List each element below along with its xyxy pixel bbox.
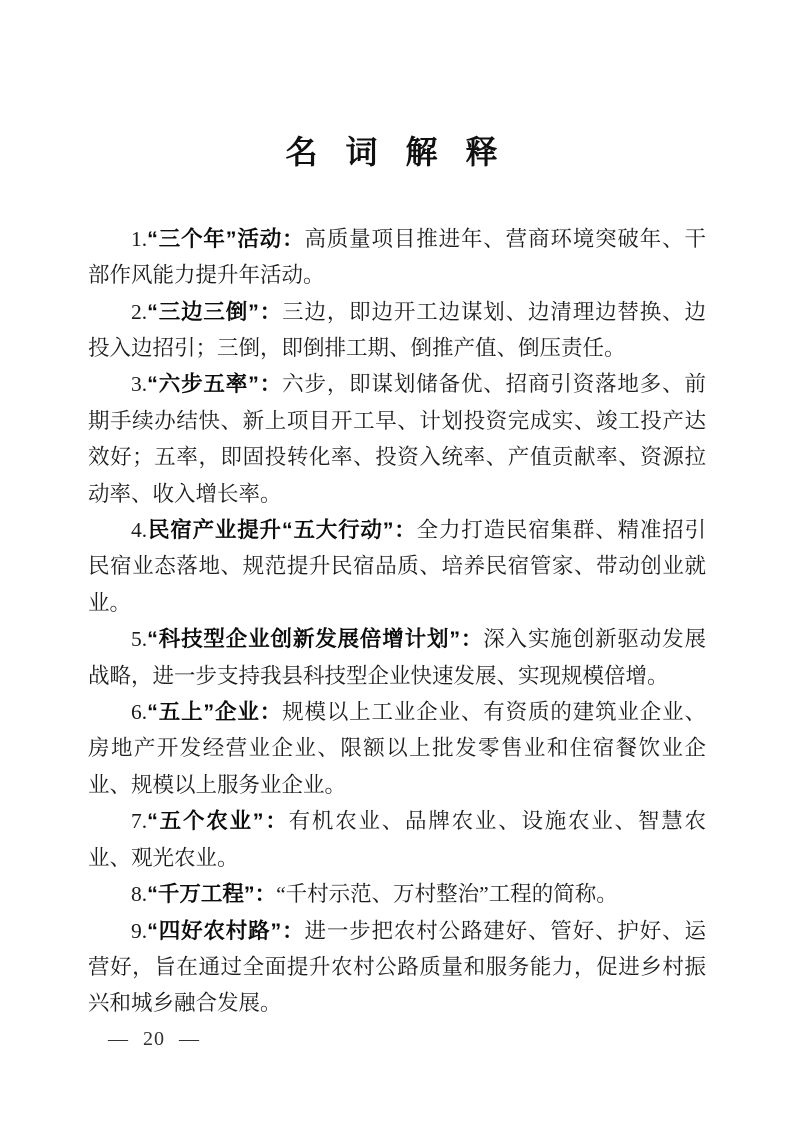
definition-entry: 6.“五上”企业：规模以上工业企业、有资质的建筑业企业、房地产开发经营业企业、限… — [88, 694, 706, 803]
entry-term: “五上”企业： — [147, 700, 282, 724]
definition-entry: 4.民宿产业提升“五大行动”：全力打造民宿集群、精准招引民宿业态落地、规范提升民… — [88, 512, 706, 621]
page-title: 名 词 解 释 — [0, 134, 793, 171]
entry-number: 1. — [131, 227, 147, 251]
definitions-list: 1.“三个年”活动：高质量项目推进年、营商环境突破年、干部作风能力提升年活动。 … — [88, 221, 706, 1022]
entry-number: 7. — [131, 809, 147, 833]
entry-term: “科技型企业创新发展倍增计划”： — [147, 627, 483, 651]
entry-term: “三个年”活动： — [147, 227, 304, 251]
entry-number: 9. — [131, 919, 147, 943]
entry-term: 民宿产业提升“五大行动”： — [147, 518, 417, 542]
definition-entry: 8.“千万工程”：“千村示范、万村整治”工程的简称。 — [88, 876, 706, 912]
entry-term: “千万工程”： — [147, 882, 276, 906]
entry-term: “六步五率”： — [147, 372, 282, 396]
definition-entry: 7.“五个农业”：有机农业、品牌农业、设施农业、智慧农业、观光农业。 — [88, 803, 706, 876]
document-page: 名 词 解 释 1.“三个年”活动：高质量项目推进年、营商环境突破年、干部作风能… — [0, 0, 793, 1122]
definition-entry: 2.“三边三倒”：三边，即边开工边谋划、边清理边替换、边投入边招引；三倒，即倒排… — [88, 294, 706, 367]
entry-number: 2. — [131, 300, 147, 324]
definition-entry: 1.“三个年”活动：高质量项目推进年、营商环境突破年、干部作风能力提升年活动。 — [88, 221, 706, 294]
entry-term: “五个农业”： — [147, 809, 289, 833]
definition-entry: 3.“六步五率”：六步，即谋划储备优、招商引资落地多、前期手续办结快、新上项目开… — [88, 366, 706, 512]
entry-number: 3. — [131, 372, 147, 396]
page-footer: — 20 — — [108, 1028, 200, 1051]
entry-term: “四好农村路”： — [147, 919, 304, 943]
entry-definition: “千村示范、万村整治”工程的简称。 — [276, 882, 618, 906]
entry-number: 8. — [131, 882, 147, 906]
entry-number: 6. — [131, 700, 147, 724]
page-number: — 20 — — [108, 1028, 200, 1050]
definition-entry: 5.“科技型企业创新发展倍增计划”：深入实施创新驱动发展战略，进一步支持我县科技… — [88, 621, 706, 694]
entry-number: 4. — [131, 518, 147, 542]
entry-term: “三边三倒”： — [147, 300, 282, 324]
entry-number: 5. — [131, 627, 147, 651]
definition-entry: 9.“四好农村路”：进一步把农村公路建好、管好、护好、运营好，旨在通过全面提升农… — [88, 913, 706, 1022]
